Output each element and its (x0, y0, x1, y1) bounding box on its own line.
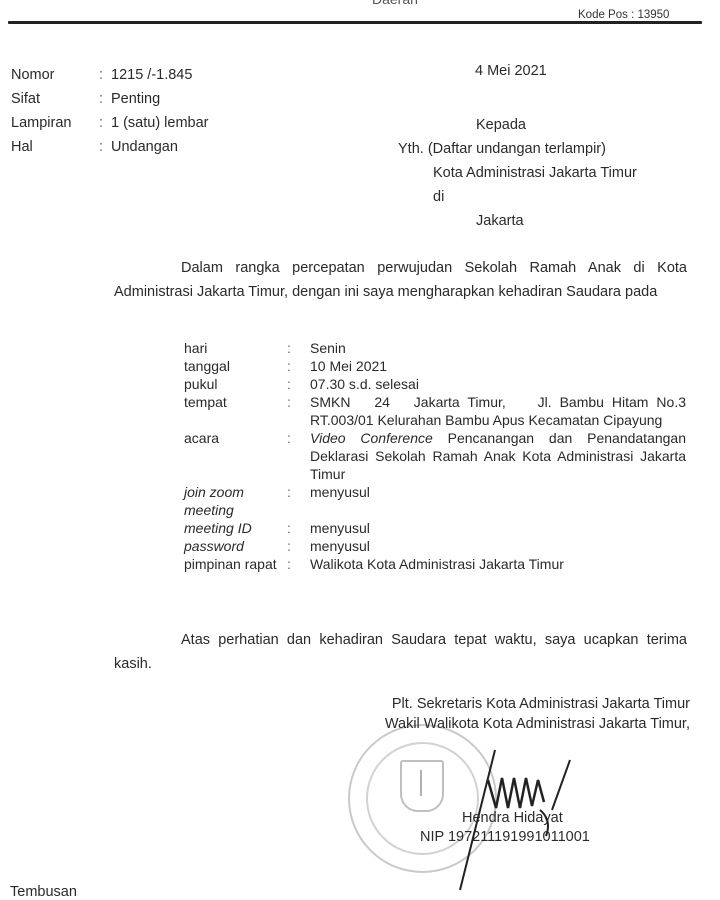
detail-value: Video Conference Pencanangan dan Penanda… (310, 429, 686, 483)
signature-titles: Plt. Sekretaris Kota Administrasi Jakart… (330, 694, 690, 734)
colon: : (287, 483, 310, 519)
postal-code: Kode Pos : 13950 (578, 9, 669, 21)
recipient-city: Jakarta (398, 209, 637, 233)
recipient-block: Kepada Yth. (Daftar undangan terlampir) … (398, 113, 637, 233)
detail-label: password (184, 537, 287, 555)
detail-value-italic: Video Conference (310, 430, 433, 446)
detail-label: tempat (184, 393, 287, 429)
opening-paragraph: Dalam rangka percepatan perwujudan Sekol… (114, 256, 687, 304)
detail-row: join zoom meeting:menyusul (184, 483, 686, 519)
detail-label: pukul (184, 375, 287, 393)
detail-value: menyusul (310, 519, 686, 537)
detail-row: hari:Senin (184, 339, 686, 357)
meta-row-sifat: Sifat:Penting (11, 87, 209, 111)
detail-row: password:menyusul (184, 537, 686, 555)
detail-row: acara:Video Conference Pencanangan dan P… (184, 429, 686, 483)
detail-value: Senin (310, 339, 686, 357)
closing-paragraph: Atas perhatian dan kehadiran Saudara tep… (114, 628, 687, 676)
signatory-nip: NIP 197211191991011001 (420, 829, 590, 845)
detail-value: menyusul (310, 483, 686, 519)
meta-label: Sifat (11, 87, 99, 111)
detail-value: menyusul (310, 537, 686, 555)
event-details: hari:Senin tanggal:10 Mei 2021 pukul:07.… (184, 339, 686, 573)
colon: : (287, 357, 310, 375)
detail-label: join zoom meeting (184, 483, 287, 519)
meta-label: Hal (11, 135, 99, 159)
meta-value: 1215 /-1.845 (111, 63, 192, 87)
signature-title-1: Plt. Sekretaris Kota Administrasi Jakart… (330, 694, 690, 714)
detail-label: tanggal (184, 357, 287, 375)
detail-label: meeting ID (184, 519, 287, 537)
meta-value: Undangan (111, 135, 178, 159)
meta-value: Penting (111, 87, 160, 111)
meta-row-hal: Hal:Undangan (11, 135, 209, 159)
colon: : (287, 519, 310, 537)
detail-label: pimpinan rapat (184, 555, 287, 573)
detail-row: pimpinan rapat:Walikota Kota Administras… (184, 555, 686, 573)
colon: : (99, 87, 111, 111)
detail-row: meeting ID:menyusul (184, 519, 686, 537)
letter-date: 4 Mei 2021 (475, 63, 547, 79)
detail-value: 10 Mei 2021 (310, 357, 686, 375)
recipient-list: (Daftar undangan terlampir) (428, 141, 606, 157)
recipient-to: Kepada (398, 113, 637, 137)
meta-row-lampiran: Lampiran:1 (satu) lembar (11, 111, 209, 135)
meta-value: 1 (satu) lembar (111, 111, 209, 135)
letter-meta: Nomor:1215 /-1.845 Sifat:Penting Lampira… (11, 63, 209, 159)
recipient-line1: Yth. (Daftar undangan terlampir) (398, 137, 637, 161)
detail-row: tanggal:10 Mei 2021 (184, 357, 686, 375)
colon: : (287, 537, 310, 555)
recipient-line3: di (398, 185, 637, 209)
recipient-yth: Yth. (398, 141, 424, 157)
colon: : (99, 63, 111, 87)
colon: : (99, 111, 111, 135)
detail-label: hari (184, 339, 287, 357)
signature-title-2: Wakil Walikota Kota Administrasi Jakarta… (330, 714, 690, 734)
letterhead-divider (8, 21, 702, 24)
signatory-name: Hendra Hidayat (462, 810, 563, 826)
colon: : (287, 555, 310, 573)
colon: : (287, 339, 310, 357)
colon: : (287, 393, 310, 429)
detail-row: tempat:SMKN 24 Jakarta Timur, Jl. Bambu … (184, 393, 686, 429)
detail-value: Walikota Kota Administrasi Jakarta Timur (310, 555, 686, 573)
letterhead-cut-text: Daerah (372, 0, 418, 7)
detail-value: SMKN 24 Jakarta Timur, Jl. Bambu Hitam N… (310, 393, 686, 429)
detail-label: acara (184, 429, 287, 483)
meta-row-nomor: Nomor:1215 /-1.845 (11, 63, 209, 87)
cc-label: Tembusan (10, 884, 77, 900)
recipient-line2: Kota Administrasi Jakarta Timur (398, 161, 637, 185)
colon: : (287, 429, 310, 483)
jakarta-emblem-icon (400, 760, 444, 812)
meta-label: Nomor (11, 63, 99, 87)
colon: : (99, 135, 111, 159)
detail-row: pukul:07.30 s.d. selesai (184, 375, 686, 393)
colon: : (287, 375, 310, 393)
detail-value: 07.30 s.d. selesai (310, 375, 686, 393)
meta-label: Lampiran (11, 111, 99, 135)
